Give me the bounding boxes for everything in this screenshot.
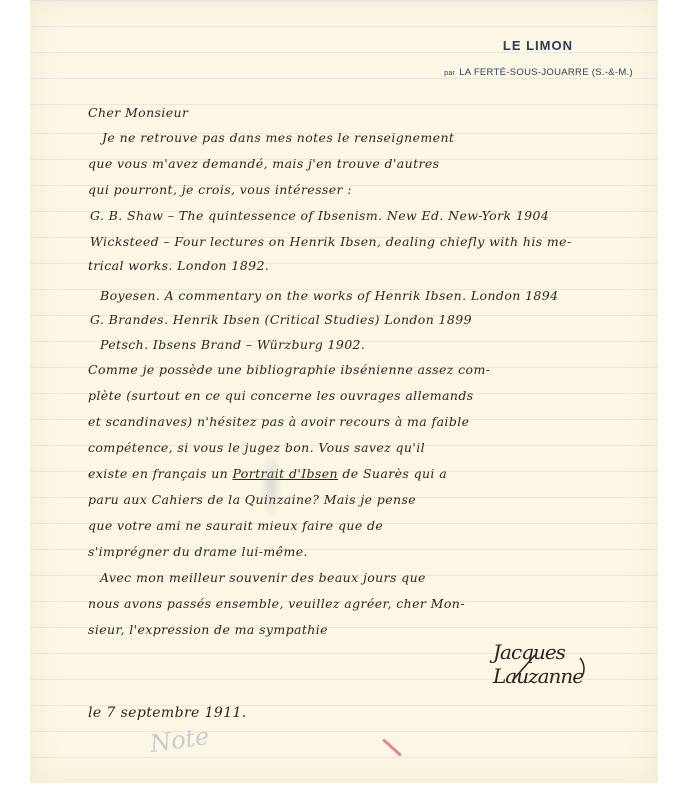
letter-line: qui pourront, je crois, vous intéresser … (88, 182, 352, 197)
letter-text: existe en français un (88, 466, 228, 481)
salutation: Cher Monsieur (88, 105, 188, 120)
letter-line: sieur, l'expression de ma sympathie (88, 622, 328, 637)
smudge-mark (260, 450, 282, 520)
letter-line: plète (surtout en ce qui concerne les ou… (88, 388, 474, 403)
letter-line: que votre ami ne saurait mieux faire que… (88, 518, 383, 533)
letter-line: Wicksteed – Four lectures on Henrik Ibse… (90, 234, 572, 249)
letterhead-title: LE LIMON (444, 38, 573, 53)
signature-flourish-icon (490, 652, 610, 682)
red-pencil-mark (382, 738, 402, 756)
letter-line: Je ne retrouve pas dans mes notes le ren… (102, 130, 454, 145)
letter-line: Avec mon meilleur souvenir des beaux jou… (100, 570, 426, 585)
letter-line: s'imprégner du drame lui-même. (88, 544, 308, 559)
letter-line: Petsch. Ibsens Brand – Würzburg 1902. (100, 337, 365, 352)
letterhead-par: par (444, 70, 455, 77)
letter-line: paru aux Cahiers de la Quinzaine? Mais j… (88, 492, 416, 507)
letter-line: G. Brandes. Henrik Ibsen (Critical Studi… (90, 312, 472, 327)
letter-line: Boyesen. A commentary on the works of He… (100, 288, 559, 303)
letter-line: G. B. Shaw – The quintessence of Ibsenis… (90, 208, 549, 223)
letter-text: de Suarès qui a (342, 466, 447, 481)
letterhead: LE LIMON parLA FERTÉ-SOUS-JOUARRE (S.-&-… (444, 38, 633, 78)
letter-date: le 7 septembre 1911. (88, 705, 247, 721)
letter-line: nous avons passés ensemble, veuillez agr… (88, 596, 465, 611)
letter-line: que vous m'avez demandé, mais j'en trouv… (88, 156, 440, 171)
underlined-title: Portrait d'Ibsen (233, 466, 339, 481)
letterhead-location: parLA FERTÉ-SOUS-JOUARRE (S.-&-M.) (444, 67, 633, 78)
letter-line: trical works. London 1892. (88, 258, 269, 273)
letter-page: LE LIMON parLA FERTÉ-SOUS-JOUARRE (S.-&-… (30, 0, 658, 783)
letter-line: Comme je possède une bibliographie ibsén… (88, 362, 490, 377)
letter-line: et scandinaves) n'hésitez pas à avoir re… (88, 414, 469, 429)
letterhead-location-text: LA FERTÉ-SOUS-JOUARRE (S.-&-M.) (459, 67, 633, 78)
letter-line: compétence, si vous le jugez bon. Vous s… (88, 440, 425, 455)
pencil-annotation: Note (148, 722, 211, 758)
